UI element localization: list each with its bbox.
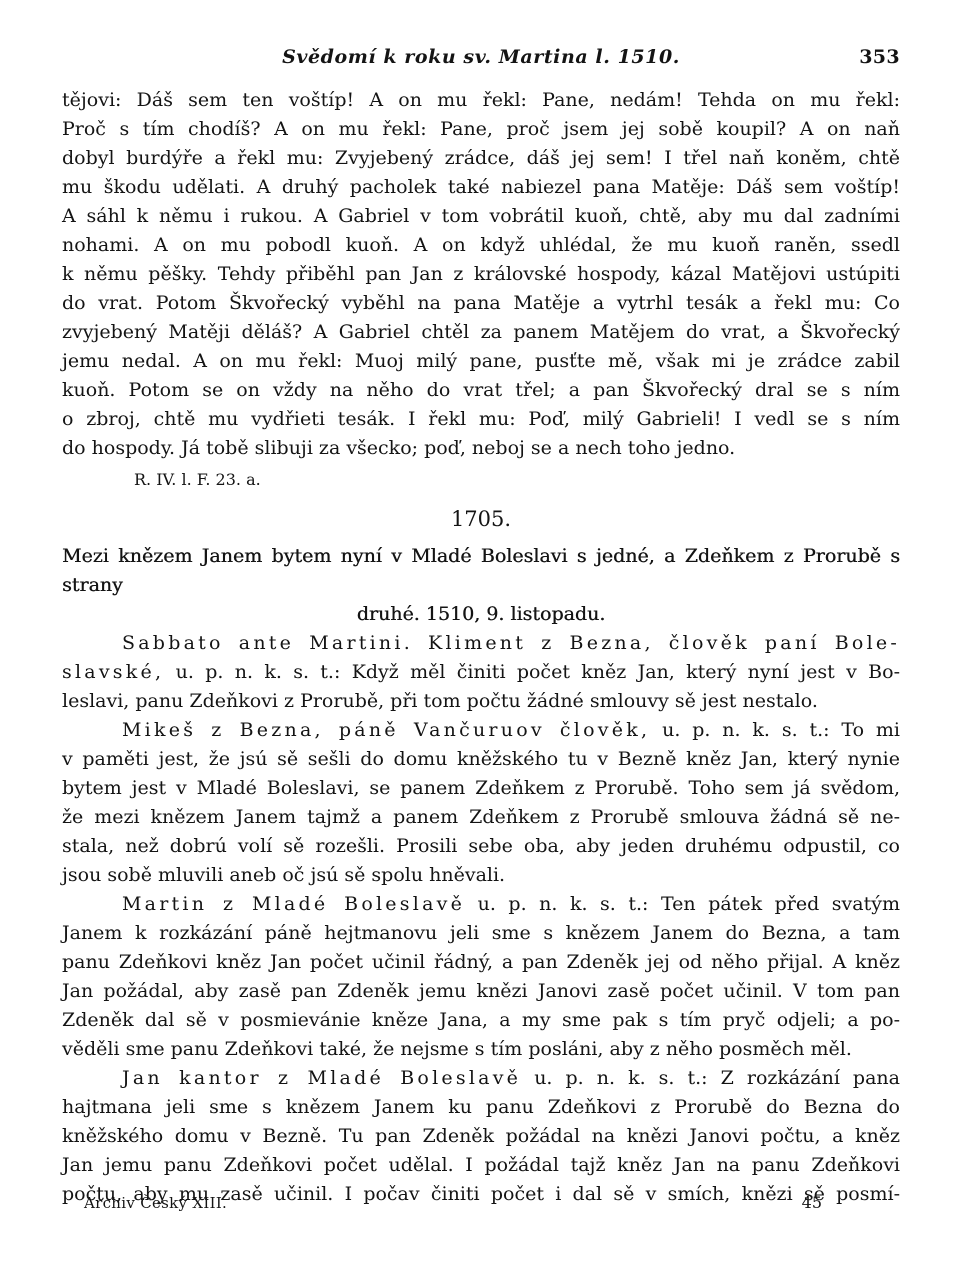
letterspaced-text: Sabbato ante Martini. Kliment z Bezna, č…	[122, 632, 900, 654]
text-line: Jan jemu panu Zdeňkovi počet udělal. I p…	[62, 1151, 900, 1180]
page-header: Svědomí k roku sv. Martina l. 1510. 353	[62, 44, 900, 70]
text-line: Janem k rozkázání páně hejtmanovu jeli s…	[62, 919, 900, 948]
footer-series-title: Archiv Český XIII.	[84, 1192, 227, 1214]
text-segment: Jan jemu panu Zdeňkovi počet udělal. I p…	[62, 1154, 900, 1176]
text-segment: Janem k rozkázání páně hejtmanovu jeli s…	[62, 922, 900, 944]
text-segment: 1705.	[451, 507, 511, 531]
letterspaced-text: Mikeš z Bezna, páně Vančuruov člověk,	[122, 719, 650, 741]
text-line: leslavi, panu Zdeňkovi z Prorubě, při to…	[62, 687, 900, 716]
text-segment: kněžského domu v Bezně. Tu pan Zdeněk po…	[62, 1125, 900, 1147]
text-line: hajtmana jeli sme s knězem Janem ku panu…	[62, 1093, 900, 1122]
testimony-jan-kantor: Jan kantor z Mladé Boleslavě u. p. n. k.…	[62, 1064, 900, 1209]
page-body: tějovi: Dáš sem ten voštíp! A on mu řekl…	[62, 86, 900, 1209]
text-line: jsou sobě mluvili aneb oč jsú sě spolu h…	[62, 861, 900, 890]
text-segment: hajtmana jeli sme s knězem Janem ku panu…	[62, 1096, 900, 1118]
text-line: o zbroj, chtě mu vydřieti tesák. I řekl …	[62, 405, 900, 434]
text-segment: druhé. 1510, 9. listopadu.	[357, 603, 606, 625]
testimony-mikes: Mikeš z Bezna, páně Vančuruov člověk, u.…	[62, 716, 900, 890]
text-line: R. IV. l. F. 23. a.	[62, 468, 900, 492]
footer-sheet-number: 45	[802, 1192, 822, 1214]
text-line: v paměti jest, že jsú sě sešli do domu k…	[62, 745, 900, 774]
testimony-martin: Martin z Mladé Boleslavě u. p. n. k. s. …	[62, 890, 900, 1064]
text-line: nohami. A on mu pobodl kuoň. A on když u…	[62, 231, 900, 260]
text-line: 1705.	[62, 505, 900, 533]
source-reference: R. IV. l. F. 23. a.	[62, 468, 900, 492]
text-segment: v paměti jest, že jsú sě sešli do domu k…	[62, 748, 900, 770]
text-line: že mezi knězem Janem tajmž a panem Zdeňk…	[62, 803, 900, 832]
text-line: do hospody. Já tobě slibuji za všecko; p…	[62, 434, 900, 463]
text-line: druhé. 1510, 9. listopadu.	[62, 600, 900, 629]
text-segment: R. IV. l. F. 23. a.	[134, 470, 261, 489]
text-line: věděli sme panu Zdeňkovi také, že nejsme…	[62, 1035, 900, 1064]
text-segment: kuoň. Potom se on vždy na něho do vrat t…	[62, 379, 900, 401]
text-segment: jemu nedal. A on mu řekl: Muoj milý pane…	[62, 350, 900, 372]
text-line: A sáhl k němu i rukou. A Gabriel v tom v…	[62, 202, 900, 231]
page-number: 353	[859, 44, 900, 70]
continuation-paragraph: tějovi: Dáš sem ten voštíp! A on mu řekl…	[62, 86, 900, 463]
text-line: Jan požádal, aby zasě pan Zdeněk jemu kn…	[62, 977, 900, 1006]
text-line: dobyl burdýře a řekl mu: Zvyjebený zrádc…	[62, 144, 900, 173]
text-segment: k němu pěšky. Tehdy přiběhl pan Jan z kr…	[62, 263, 900, 285]
text-segment: leslavi, panu Zdeňkovi z Prorubě, při to…	[62, 690, 818, 712]
text-segment: stala, než dobrú volí sě rozešli. Prosil…	[62, 835, 900, 857]
text-line: k němu pěšky. Tehdy přiběhl pan Jan z kr…	[62, 260, 900, 289]
text-segment: Mezi knězem Janem bytem nyní v Mladé Bol…	[62, 545, 906, 596]
testimony-kliment: Sabbato ante Martini. Kliment z Bezna, č…	[62, 629, 900, 716]
text-segment: o zbroj, chtě mu vydřieti tesák. I řekl …	[62, 408, 900, 430]
text-line: stala, než dobrú volí sě rozešli. Prosil…	[62, 832, 900, 861]
text-segment: Zdeněk dal sě v posmievánie kněze Jana, …	[62, 1009, 900, 1031]
text-line: Martin z Mladé Boleslavě u. p. n. k. s. …	[62, 890, 900, 919]
text-line: zvyjebený Matěji děláš? A Gabriel chtěl …	[62, 318, 900, 347]
text-line: Zdeněk dal sě v posmievánie kněze Jana, …	[62, 1006, 900, 1035]
text-line: Mezi knězem Janem bytem nyní v Mladé Bol…	[62, 542, 900, 600]
text-segment: do vrat. Potom Škvořecký vyběhl na pana …	[62, 292, 900, 314]
text-segment: dobyl burdýře a řekl mu: Zvyjebený zrádc…	[62, 147, 900, 169]
record-number-heading: 1705.	[62, 505, 900, 533]
text-segment: u. p. n. k. s. t.: Z rozkázání pana	[521, 1067, 900, 1089]
text-line: tějovi: Dáš sem ten voštíp! A on mu řekl…	[62, 86, 900, 115]
text-line: Sabbato ante Martini. Kliment z Bezna, č…	[62, 629, 900, 658]
text-segment: jsou sobě mluvili aneb oč jsú sě spolu h…	[62, 864, 505, 886]
letterspaced-text: Martin z Mladé Boleslavě	[122, 893, 465, 915]
text-segment: u. p. n. k. s. t.: Ten pátek před svatým	[465, 893, 900, 915]
page-footer: Archiv Český XIII. 45	[0, 1192, 960, 1214]
text-line: kněžského domu v Bezně. Tu pan Zdeněk po…	[62, 1122, 900, 1151]
text-segment: A sáhl k němu i rukou. A Gabriel v tom v…	[62, 205, 900, 227]
text-line: bytem jest v Mladé Boleslavi, se panem Z…	[62, 774, 900, 803]
letterspaced-text: slavské,	[62, 661, 164, 683]
text-segment: Jan požádal, aby zasě pan Zdeněk jemu kn…	[62, 980, 900, 1002]
text-segment: nohami. A on mu pobodl kuoň. A on když u…	[62, 234, 900, 256]
text-line: panu Zdeňkovi kněz Jan počet učinil řádn…	[62, 948, 900, 977]
text-segment: věděli sme panu Zdeňkovi také, že nejsme…	[62, 1038, 852, 1060]
text-segment: do hospody. Já tobě slibuji za všecko; p…	[62, 437, 735, 459]
text-segment: Proč s tím chodíš? A on mu řekl: Pane, p…	[62, 118, 900, 140]
text-segment: že mezi knězem Janem tajmž a panem Zdeňk…	[62, 806, 900, 828]
text-line: Jan kantor z Mladé Boleslavě u. p. n. k.…	[62, 1064, 900, 1093]
text-segment: mu škodu udělati. A druhý pacholek také …	[62, 176, 900, 198]
text-segment: zvyjebený Matěji děláš? A Gabriel chtěl …	[62, 321, 900, 343]
running-title: Svědomí k roku sv. Martina l. 1510.	[62, 44, 900, 70]
letterspaced-text: Jan kantor z Mladé Boleslavě	[122, 1067, 521, 1089]
record-summary: Mezi knězem Janem bytem nyní v Mladé Bol…	[62, 542, 900, 629]
text-segment: u. p. n. k. s. t.: To mi	[650, 719, 900, 741]
text-segment: panu Zdeňkovi kněz Jan počet učinil řádn…	[62, 951, 900, 973]
text-segment: u. p. n. k. s. t.: Když měl činiti počet…	[164, 661, 900, 683]
book-page: Svědomí k roku sv. Martina l. 1510. 353 …	[0, 0, 960, 1280]
text-line: slavské, u. p. n. k. s. t.: Když měl čin…	[62, 658, 900, 687]
text-segment: tějovi: Dáš sem ten voštíp! A on mu řekl…	[62, 89, 900, 111]
text-line: do vrat. Potom Škvořecký vyběhl na pana …	[62, 289, 900, 318]
text-line: Proč s tím chodíš? A on mu řekl: Pane, p…	[62, 115, 900, 144]
text-line: Mikeš z Bezna, páně Vančuruov člověk, u.…	[62, 716, 900, 745]
text-line: jemu nedal. A on mu řekl: Muoj milý pane…	[62, 347, 900, 376]
text-line: kuoň. Potom se on vždy na něho do vrat t…	[62, 376, 900, 405]
text-line: mu škodu udělati. A druhý pacholek také …	[62, 173, 900, 202]
text-segment: bytem jest v Mladé Boleslavi, se panem Z…	[62, 777, 900, 799]
